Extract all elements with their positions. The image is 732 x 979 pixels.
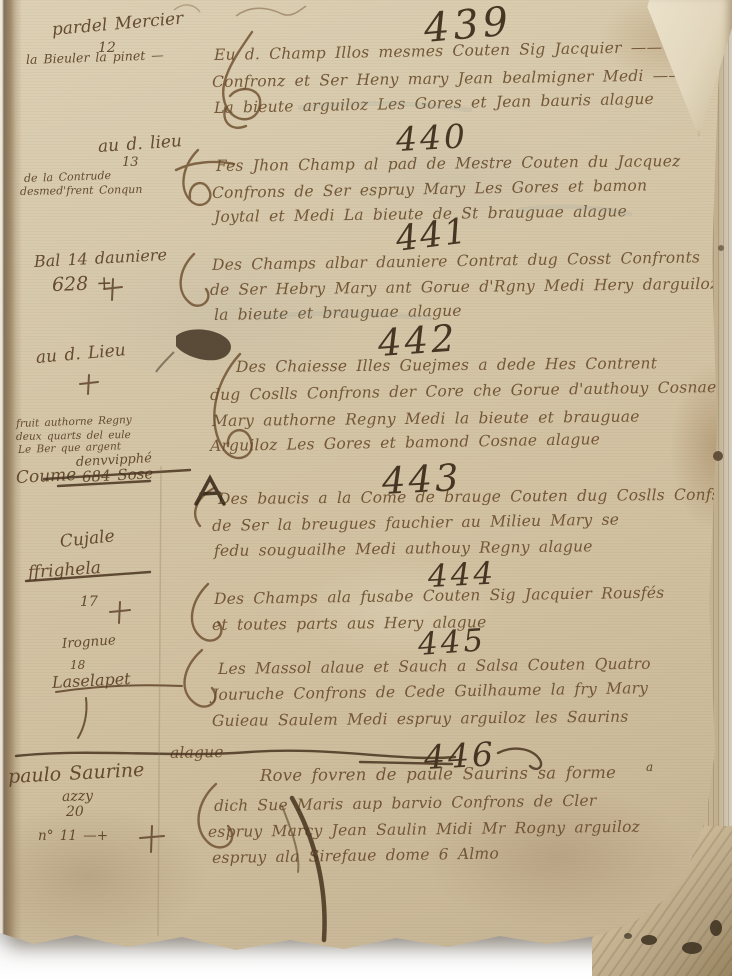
scanned-manuscript: 439 440 441 442 443 444 445 446 Eu d. Ch… <box>0 0 732 979</box>
entry-441-line-2: de Ser Hebry Mary ant Gorue d'Rgny Medi … <box>210 275 719 299</box>
margin-note-au-lieu-2: au d. Lieu <box>35 340 126 368</box>
margin-number-20: 20 <box>66 804 84 820</box>
margin-note-laselapet: Laselapet <box>52 669 132 692</box>
margin-note-n11: n° 11 —+ <box>38 828 108 844</box>
entry-444-line-1: Des Champs ala fusabe Couten Sig Jacquie… <box>214 584 665 608</box>
margin-note-contrude: de la Contrude <box>24 169 111 185</box>
margin-note-irognue: Irognue <box>61 632 116 652</box>
entry-443-line-1: Des baucis a la Come de brauge Couten du… <box>218 485 732 508</box>
entry-441-line-1: Des Champs albar dauniere Contrat dug Co… <box>212 248 700 274</box>
entry-446-line-3: espruy Marcy Jean Saulin Midi Mr Rogny a… <box>208 818 640 841</box>
margin-superscript-a: a <box>646 760 653 774</box>
entry-439-line-2: Confronz et Ser Heny mary Jean bealmigne… <box>212 66 684 91</box>
margin-note-azzy: azzy <box>62 788 94 805</box>
entry-446-line-1: Rove fovren de paule Saurins sa forme <box>260 763 616 785</box>
entry-446-line-4: espruy ala Sirefaue dome 6 Almo <box>212 844 499 867</box>
entry-440-line-3: Joytal et Medi La bieute de St brauguae … <box>214 202 627 226</box>
entry-439-line-3: La bieute arguiloz Les Gores et Jean bau… <box>214 90 654 117</box>
margin-note-paulo-saurine: paulo Saurine <box>7 759 144 788</box>
entry-442-line-3: Mary authorne Regny Medi la bieute et br… <box>212 408 640 430</box>
margin-number-18: 18 <box>70 658 85 672</box>
entry-445-line-4: alague <box>170 743 224 762</box>
entry-445-line-3: Guieau Saulem Medi espruy arguiloz les S… <box>212 708 629 730</box>
entry-445-line-2: Jouruche Confrons de Cede Guilhaume la f… <box>212 679 648 704</box>
margin-number-13: 13 <box>122 155 139 170</box>
margin-note-frighela-struck: ffrighela <box>27 558 101 583</box>
entry-440-line-2: Confrons de Ser espruy Mary Les Gores et… <box>212 176 647 202</box>
margin-note-la-pinet: la Bieuler la pinet — <box>26 47 164 67</box>
margin-note-au-lieu-1: au d. lieu <box>97 131 182 157</box>
entry-446-line-2: dich Sue Maris aup barvio Confrons de Cl… <box>214 792 597 815</box>
entry-442-line-4: Arguiloz Les Gores et bamond Cosnae alag… <box>210 430 600 455</box>
entry-444-line-2: et toutes parts aus Hery alague <box>212 613 487 634</box>
margin-note-sose-struck: 684 Sose <box>82 464 154 486</box>
margin-note-pardel-mercier: pardel Mercier <box>51 9 184 40</box>
entry-number-440: 440 <box>395 116 469 159</box>
margin-number-17: 17 <box>80 594 98 610</box>
entry-443-line-2: de Ser la breugues fauchier au Milieu Ma… <box>212 511 619 535</box>
entry-442-line-1: Des Chaiesse Illes Guejmes a dede Hes Co… <box>236 354 657 376</box>
entry-442-line-2: dug Coslls Confrons der Core che Gorue d… <box>210 378 717 404</box>
entry-439-line-1: Eu d. Champ Illos mesmes Couten Sig Jacq… <box>214 38 663 64</box>
margin-number-628: 628 + <box>52 272 113 296</box>
margin-note-bal-dauniere: Bal 14 dauniere <box>34 245 168 271</box>
manuscript-page: 439 440 441 442 443 444 445 446 Eu d. Ch… <box>0 0 724 952</box>
margin-note-fruit: fruit authorne Regny <box>16 414 132 430</box>
entry-443-line-3: fedu souguailhe Medi authouy Regny alagu… <box>214 537 593 560</box>
entry-440-line-1: Fes Jhon Champ al pad de Mestre Couten d… <box>216 152 681 175</box>
margin-note-cujale: Cujale <box>59 526 116 552</box>
margin-note-coume: Coume <box>15 465 76 488</box>
entry-445-line-1: Les Massol alaue et Sauch a Salsa Couten… <box>218 655 651 678</box>
margin-note-conqun: desmed'frent Conqun <box>20 183 143 198</box>
